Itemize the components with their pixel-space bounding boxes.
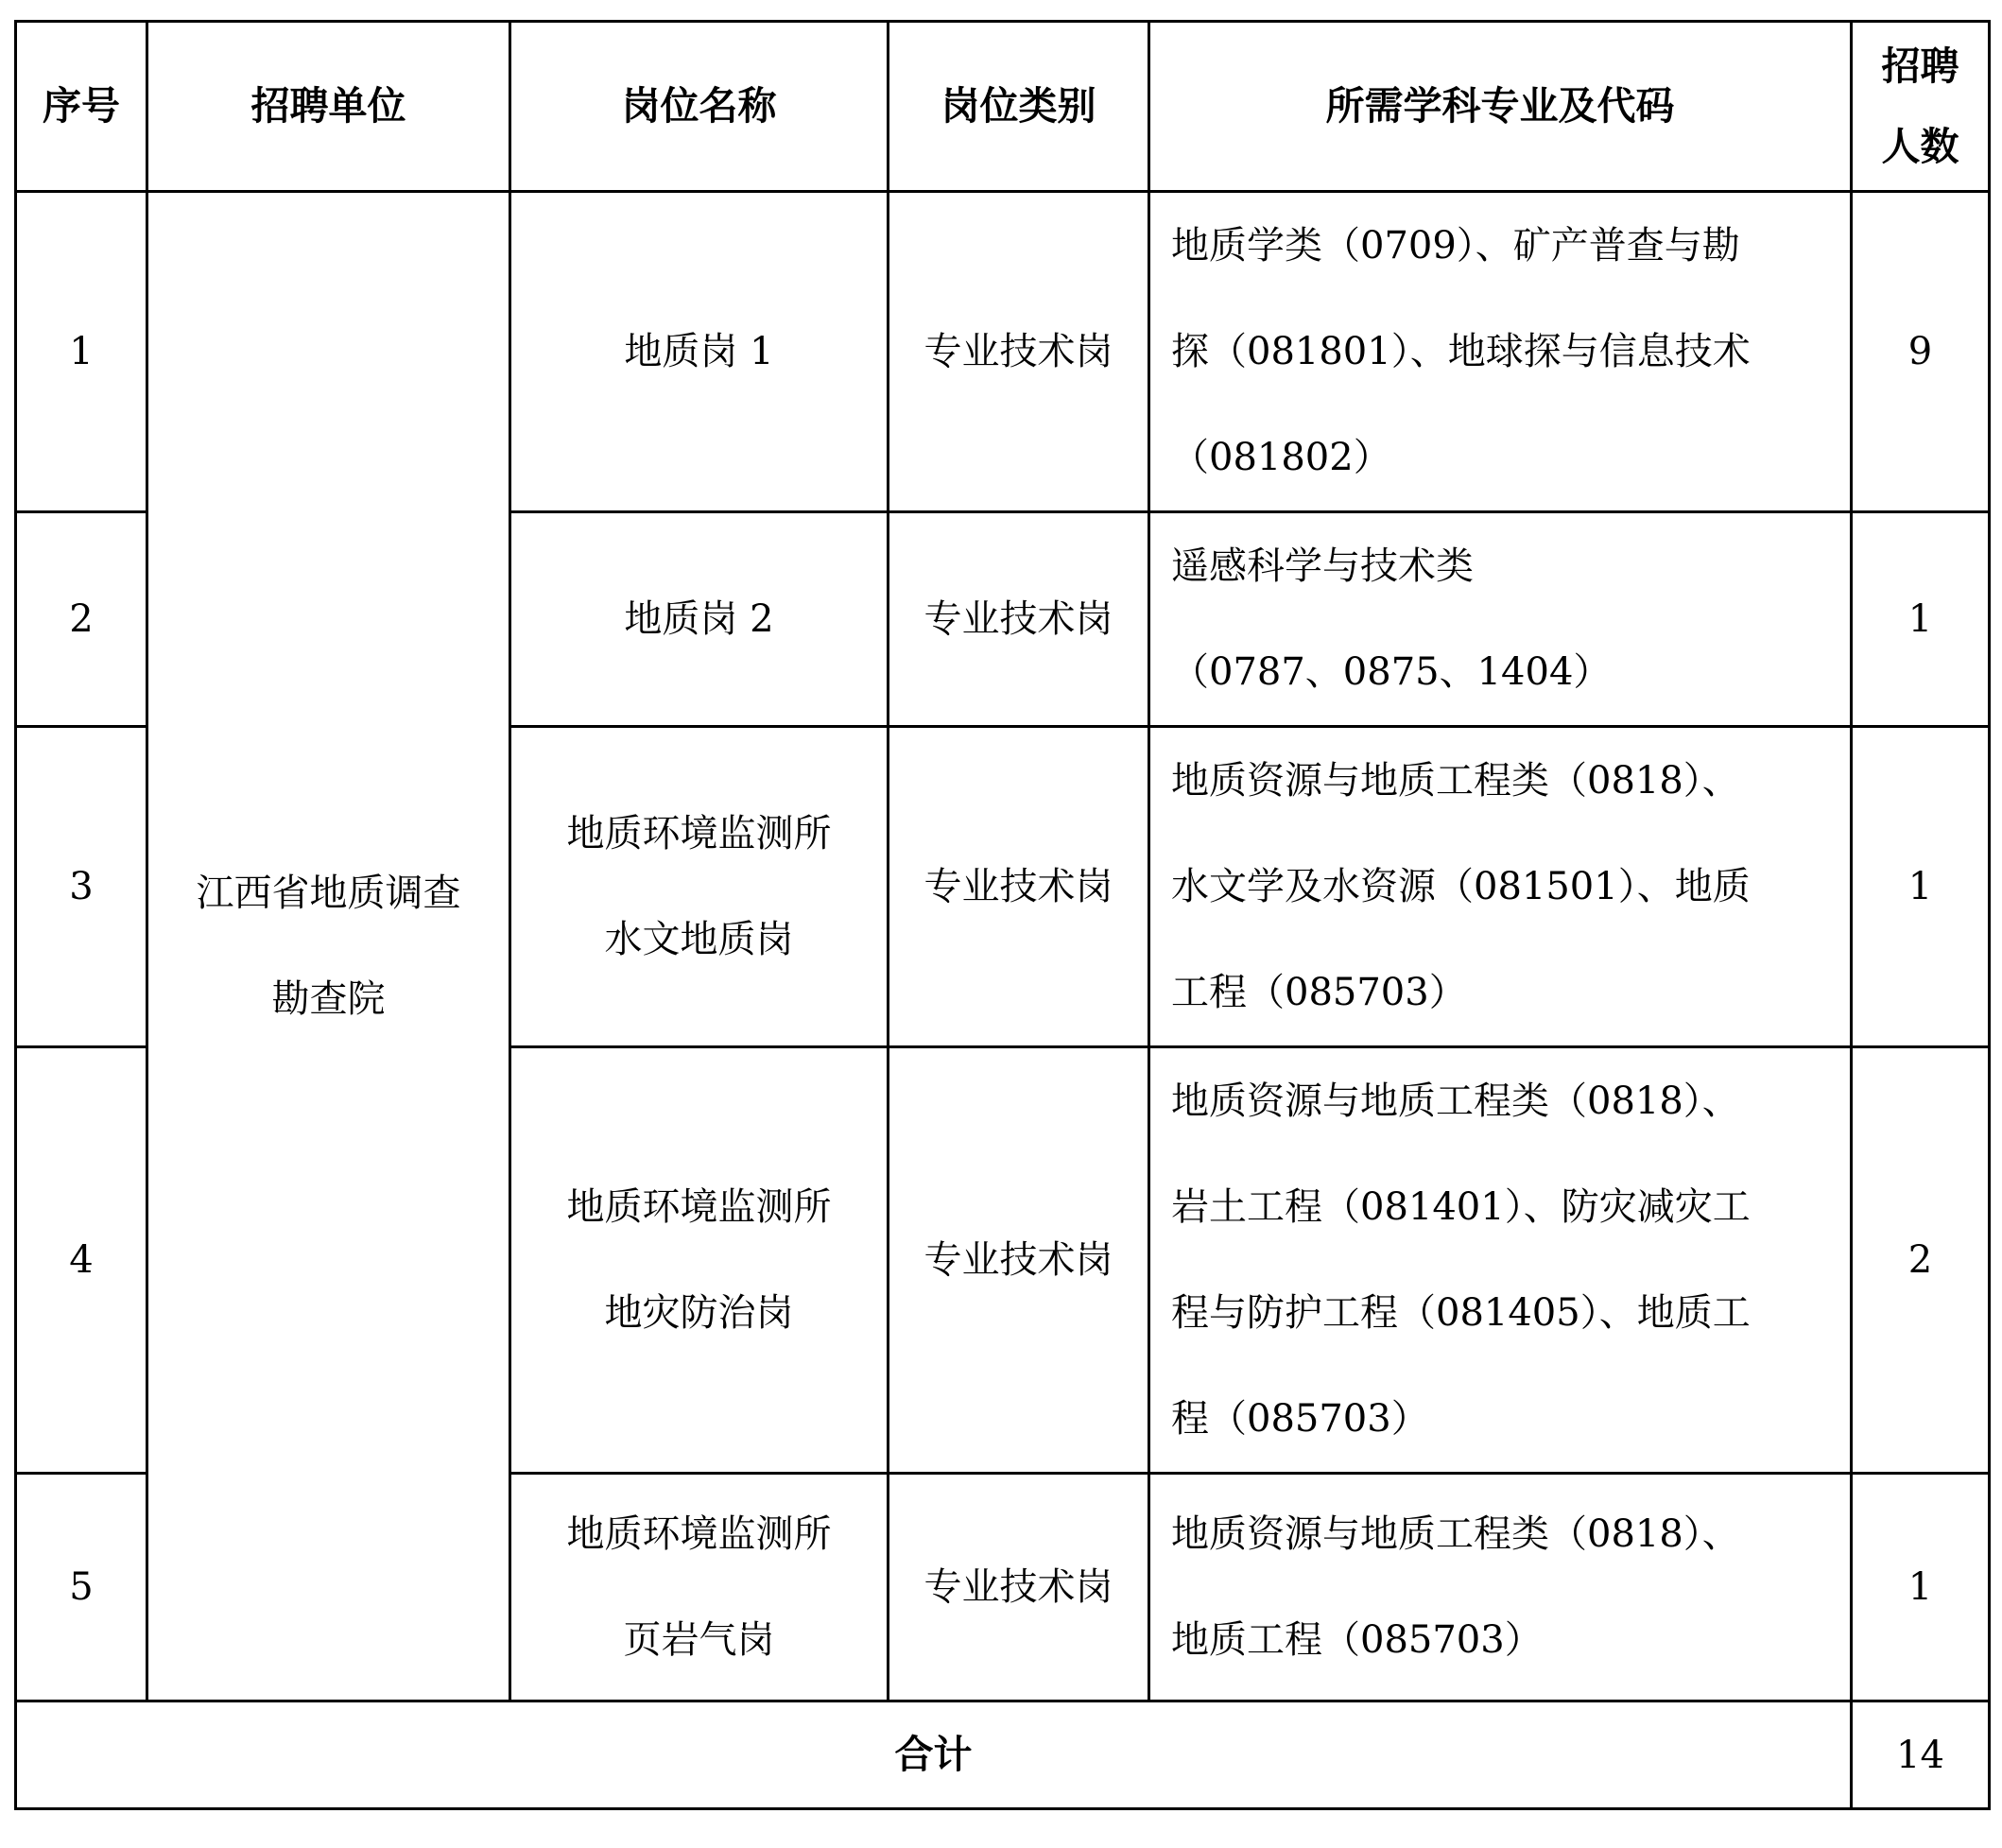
total-row: 合计 14 [16, 1701, 1990, 1809]
position-name-line2: 地灾防治岗 [511, 1260, 887, 1366]
majors: 地质学类（0709）、矿产普查与勘 探（081801）、地球探与信息技术 （08… [1149, 192, 1852, 512]
recruit-count: 1 [1852, 727, 1990, 1047]
majors-line: 地质学类（0709）、矿产普查与勘 [1171, 193, 1833, 299]
header-index: 序号 [16, 22, 147, 192]
position-name: 地质环境监测所 水文地质岗 [510, 727, 889, 1047]
header-row: 序号 招聘单位 岗位名称 岗位类别 所需学科专业及代码 招聘 人数 [16, 22, 1990, 192]
row-index: 1 [16, 192, 147, 512]
recruit-count: 2 [1852, 1047, 1990, 1474]
majors-line: 工程（085703） [1171, 940, 1833, 1045]
majors: 地质资源与地质工程类（0818）、 水文学及水资源（081501）、地质 工程（… [1149, 727, 1852, 1047]
majors-line: 遥感科学与技术类 [1171, 513, 1833, 619]
majors-line: 探（081801）、地球探与信息技术 [1171, 299, 1833, 405]
unit-name-line2: 勘查院 [148, 946, 509, 1052]
position-name-line1: 地质岗 2 [511, 600, 887, 638]
position-type: 专业技术岗 [889, 512, 1149, 727]
position-name: 地质环境监测所 页岩气岗 [510, 1474, 889, 1701]
header-position-name: 岗位名称 [510, 22, 889, 192]
majors-line: 地质工程（085703） [1171, 1587, 1833, 1693]
recruitment-table: 序号 招聘单位 岗位名称 岗位类别 所需学科专业及代码 招聘 人数 1 江西省地… [14, 20, 1991, 1810]
position-name: 地质岗 2 [510, 512, 889, 727]
row-index: 4 [16, 1047, 147, 1474]
recruit-count: 9 [1852, 192, 1990, 512]
position-name-line1: 地质环境监测所 [511, 781, 887, 887]
position-name-line2: 页岩气岗 [511, 1587, 887, 1693]
position-name-line1: 地质环境监测所 [511, 1481, 887, 1587]
majors-line: （081802） [1171, 405, 1833, 510]
header-unit: 招聘单位 [147, 22, 510, 192]
position-type: 专业技术岗 [889, 192, 1149, 512]
total-label: 合计 [16, 1701, 1852, 1809]
majors-line: （0787、0875、1404） [1171, 619, 1833, 725]
position-type: 专业技术岗 [889, 1047, 1149, 1474]
majors: 遥感科学与技术类 （0787、0875、1404） [1149, 512, 1852, 727]
recruit-count: 1 [1852, 512, 1990, 727]
header-majors: 所需学科专业及代码 [1149, 22, 1852, 192]
header-position-type: 岗位类别 [889, 22, 1149, 192]
position-type: 专业技术岗 [889, 727, 1149, 1047]
majors-line: 程与防护工程（081405）、地质工 [1171, 1260, 1833, 1366]
position-name: 地质岗 1 [510, 192, 889, 512]
header-count: 招聘 人数 [1852, 22, 1990, 192]
position-type: 专业技术岗 [889, 1474, 1149, 1701]
majors-line: 岩土工程（081401）、防灾减灾工 [1171, 1154, 1833, 1260]
position-name: 地质环境监测所 地灾防治岗 [510, 1047, 889, 1474]
majors-line: 地质资源与地质工程类（0818）、 [1171, 1048, 1833, 1154]
table-row: 1 江西省地质调查 勘查院 地质岗 1 专业技术岗 地质学类（0709）、矿产普… [16, 192, 1990, 512]
header-count-line1: 招聘 [1853, 26, 1988, 107]
majors-line: 水文学及水资源（081501）、地质 [1171, 834, 1833, 940]
recruiting-unit: 江西省地质调查 勘查院 [147, 192, 510, 1701]
majors-line: 地质资源与地质工程类（0818）、 [1171, 1481, 1833, 1587]
majors-line: 程（085703） [1171, 1366, 1833, 1472]
unit-name-line1: 江西省地质调查 [148, 840, 509, 946]
total-count: 14 [1852, 1701, 1990, 1809]
majors-line: 地质资源与地质工程类（0818）、 [1171, 728, 1833, 834]
position-name-line2: 水文地质岗 [511, 887, 887, 993]
majors: 地质资源与地质工程类（0818）、 岩土工程（081401）、防灾减灾工 程与防… [1149, 1047, 1852, 1474]
position-name-line1: 地质环境监测所 [511, 1154, 887, 1260]
row-index: 5 [16, 1474, 147, 1701]
header-count-line2: 人数 [1853, 107, 1988, 187]
row-index: 2 [16, 512, 147, 727]
majors: 地质资源与地质工程类（0818）、 地质工程（085703） [1149, 1474, 1852, 1701]
row-index: 3 [16, 727, 147, 1047]
recruit-count: 1 [1852, 1474, 1990, 1701]
position-name-line1: 地质岗 1 [511, 333, 887, 371]
